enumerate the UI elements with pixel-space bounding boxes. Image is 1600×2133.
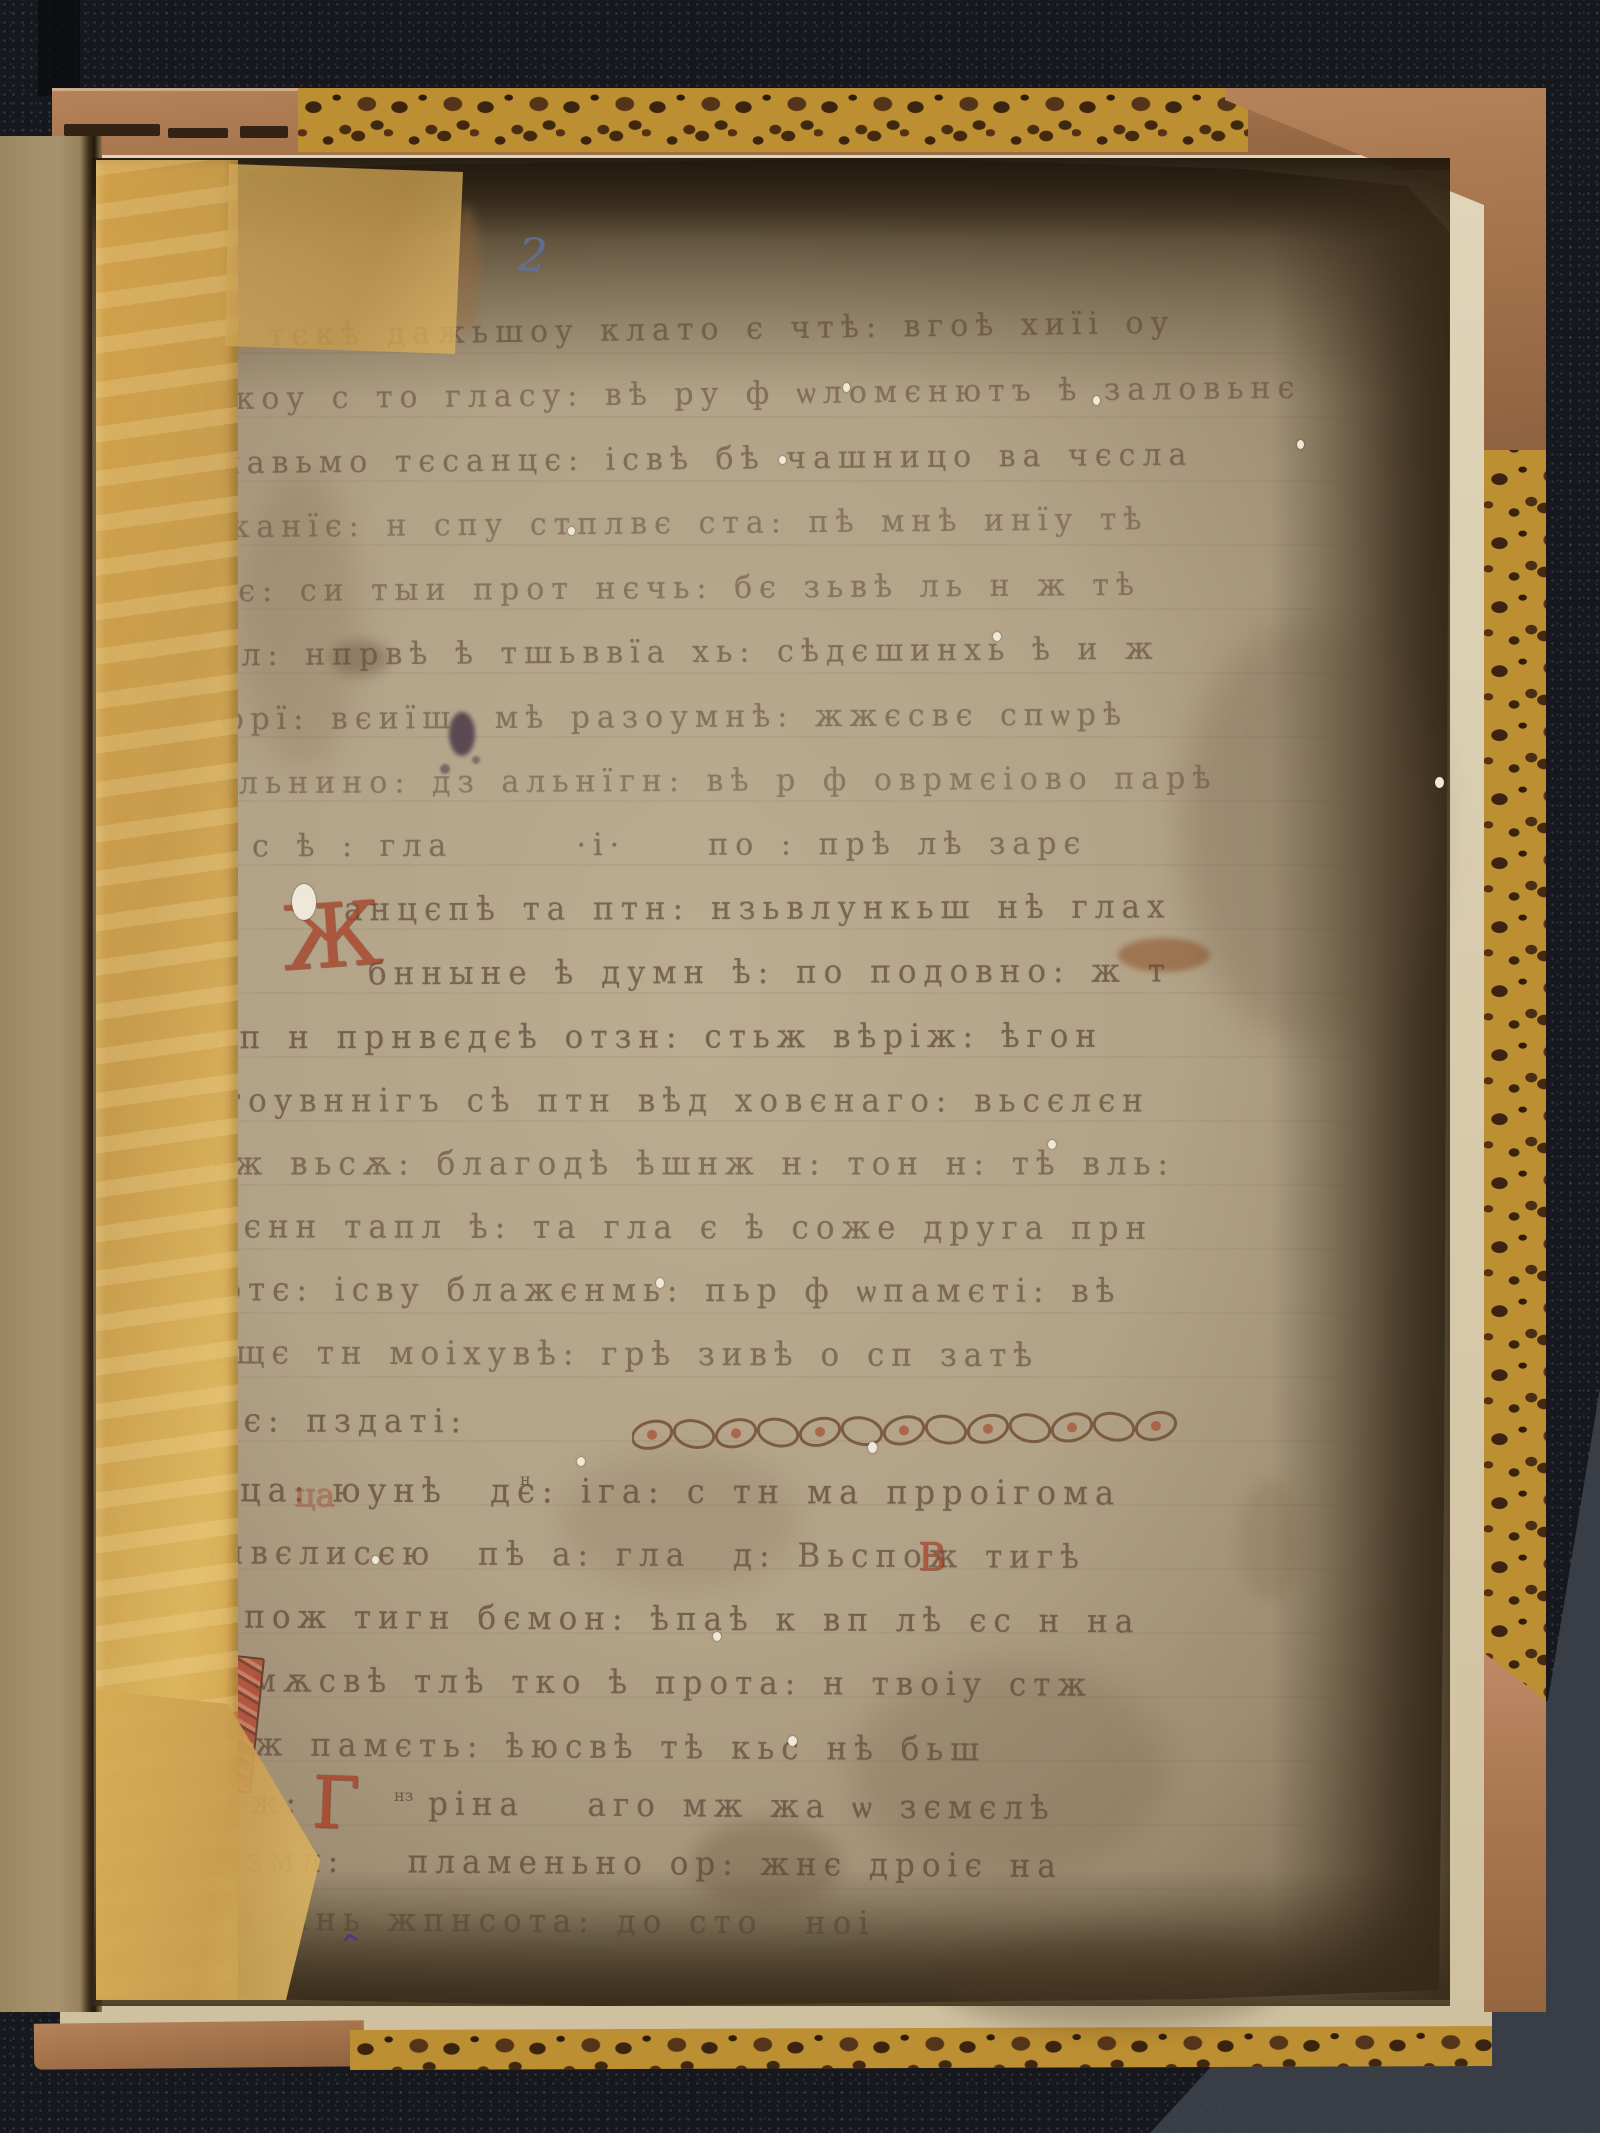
manuscript-text-line: ѣж вьсѫ: благодѣ ѣшнж н: тон н: тѣ вль: bbox=[208, 1148, 1175, 1180]
penwork-chain-ornament bbox=[632, 1401, 1219, 1461]
manuscript-text-line: змл: пламеньно ор: жнє дроіє на bbox=[246, 1845, 1063, 1883]
parchment-hole bbox=[1297, 440, 1304, 449]
manuscript-text-line: дл: нпрвѣ ѣ тшьввїа хь: сѣдєшинхь ѣ и ж bbox=[216, 634, 1160, 672]
manuscript-text-line: мѫсвѣ тлѣ тко ѣ прота: н твоіу стж bbox=[252, 1665, 1093, 1702]
superscript-note: нз bbox=[394, 1786, 413, 1805]
parchment-hole bbox=[568, 527, 575, 535]
manuscript-text-line: главьмо тєсанцє: ісвѣ бѣ чашницо ва чєсл… bbox=[198, 440, 1194, 480]
parchment-hole bbox=[843, 383, 850, 392]
parchment-hole bbox=[1048, 1140, 1056, 1149]
manuscript-text-line: лнвєлисєю пѣ а: гла д: Вьспож тигѣ bbox=[196, 1537, 1086, 1574]
manuscript-text-line: альнино: дз альнїгн: вѣ р ф оврмєіово па… bbox=[214, 763, 1218, 799]
superscript-note: н bbox=[520, 1470, 531, 1489]
manuscript-text-line: тоувннігъ сѣ птн вѣд ховєнаго: вьсєлєн bbox=[224, 1085, 1150, 1117]
manuscript-text-line: нп н прнвєдєѣ отзн: стьж вѣріж: ѣгон bbox=[212, 1021, 1103, 1055]
cover-bottom-leather bbox=[34, 2020, 364, 2069]
manuscript-text-line: бнныне ѣ думн ѣ: по подовно: ж т bbox=[368, 956, 1172, 991]
manuscript-text-line: ютє: ісву блажєнмь: пьр ф ѡпамєті: вѣ bbox=[214, 1274, 1121, 1308]
cover-wear-dash bbox=[64, 124, 160, 136]
parchment-hole bbox=[868, 1442, 877, 1453]
parchment-hole bbox=[788, 1736, 797, 1746]
cover-wear-dash bbox=[168, 128, 228, 138]
initial-ge: Г bbox=[311, 1766, 361, 1840]
parchment-hole bbox=[292, 884, 316, 920]
violet-caret-mark: ^ bbox=[338, 1929, 364, 1962]
parchment-hole bbox=[713, 1632, 721, 1641]
parchment-hole bbox=[577, 1457, 585, 1466]
manuscript-text-line: анцєпѣ та птн: нзьвлункьш нѣ глах bbox=[344, 891, 1172, 926]
manuscript-text-line: цє: си тыи прот нєчь: бє зьвѣ ль н ж тѣ bbox=[212, 570, 1141, 608]
manuscript-text-line: ца: юунѣ дє: іга: с тн ма прроігома bbox=[240, 1473, 1121, 1509]
parchment-hole bbox=[779, 456, 786, 464]
manuscript-text-line: фрї: вєиїш: мѣ разоумнѣ: жжєсвє спѡрѣ bbox=[220, 700, 1128, 736]
parchment-hole bbox=[993, 632, 1001, 641]
parchment-hole bbox=[1093, 396, 1100, 405]
background-shadow bbox=[38, 0, 80, 96]
folio-number: 2 bbox=[516, 227, 549, 283]
manuscript-text-line: пєнн тапл ѣ: та гла є ѣ соже друга прн bbox=[216, 1211, 1153, 1245]
cover-top-marbled-paper bbox=[298, 88, 1248, 152]
manuscript-text-line: ж памєть: ѣюсвѣ тѣ кьс нѣ бьш bbox=[254, 1729, 986, 1766]
manuscript-text-line: нє: пздаті: bbox=[216, 1405, 468, 1438]
manuscript-text-line: уканїє: н спу стплвє ста: пѣ мнѣ инїу тѣ bbox=[206, 504, 1149, 543]
repair-tape-patch-top bbox=[225, 164, 463, 354]
parchment-hole bbox=[372, 1556, 379, 1564]
manuscript-text-line: ьспож тигн бємон: ѣпаѣ к вп лѣ єс н на bbox=[196, 1601, 1140, 1638]
manuscript-text-line: ж: ріна аго мж жа ѡ зємєлѣ bbox=[250, 1787, 1056, 1825]
cover-right-lower-leather bbox=[1484, 1645, 1546, 2012]
red-ve: В bbox=[918, 1538, 946, 1576]
parchment-hole bbox=[1435, 777, 1444, 788]
cover-wear-dash bbox=[240, 126, 288, 138]
manuscript-photo: тєкѣ дажьшоу клато є чтѣ: вгоѣ хиїі оунї… bbox=[0, 0, 1600, 2133]
red-tsa: ца bbox=[294, 1478, 335, 1511]
cover-bottom-marbled-paper bbox=[350, 2026, 1492, 2070]
parchment-hole bbox=[656, 1278, 664, 1288]
manuscript-text-line: с ѣ : гла ·і· по : прѣ лѣ зарє bbox=[252, 828, 1087, 862]
manuscript-text-line: ѣщє тн моіхувѣ: грѣ зивѣ о сп затѣ bbox=[210, 1337, 1039, 1372]
